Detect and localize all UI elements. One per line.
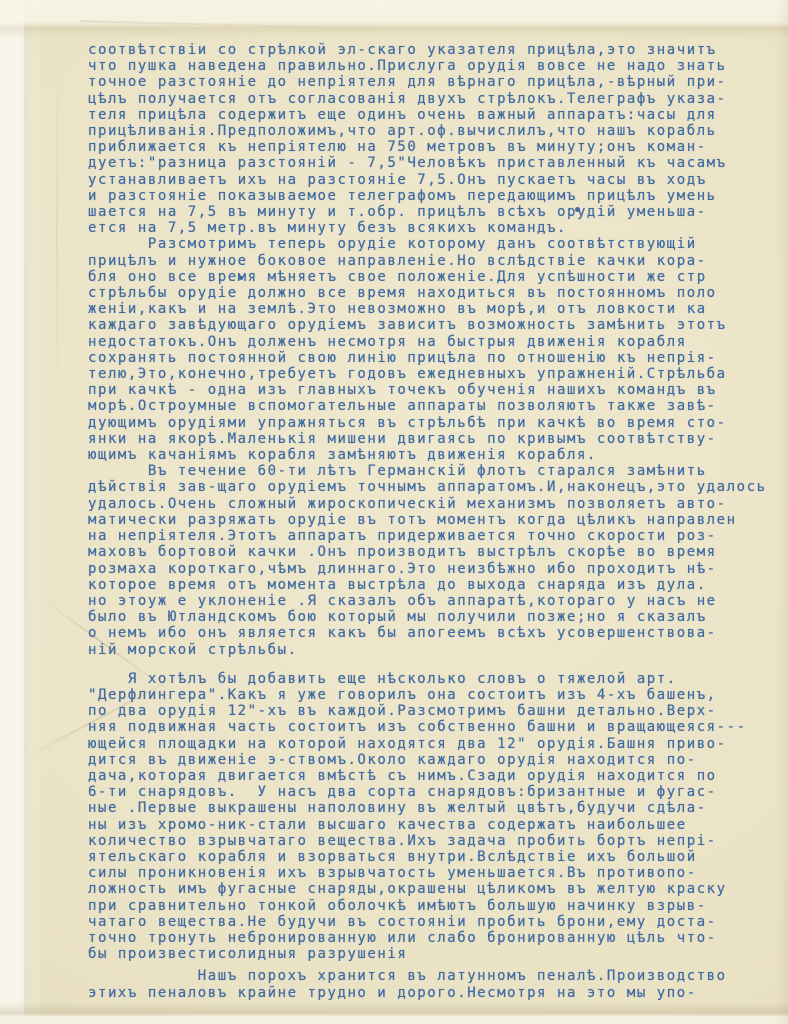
typewritten-text: соотвѣтствіи со стрѣлкой эл-скаго указат… [88, 42, 778, 1001]
paragraph-2: Разсмотримъ теперь орудіе которому данъ … [88, 236, 778, 463]
paragraph-3: Въ течение 60-ти лѣтъ Германскій флотъ с… [88, 463, 778, 657]
paragraph-5: Нашъ порохъ хранится въ латунномъ пеналѣ… [88, 968, 778, 1000]
paragraph-1: соотвѣтствіи со стрѣлкой эл-скаго указат… [88, 42, 778, 236]
scanned-page: соотвѣтствіи со стрѣлкой эл-скаго указат… [0, 0, 788, 1024]
paragraph-4: Я хотѣлъ бы добавить еще нѣсколько словъ… [88, 671, 778, 963]
